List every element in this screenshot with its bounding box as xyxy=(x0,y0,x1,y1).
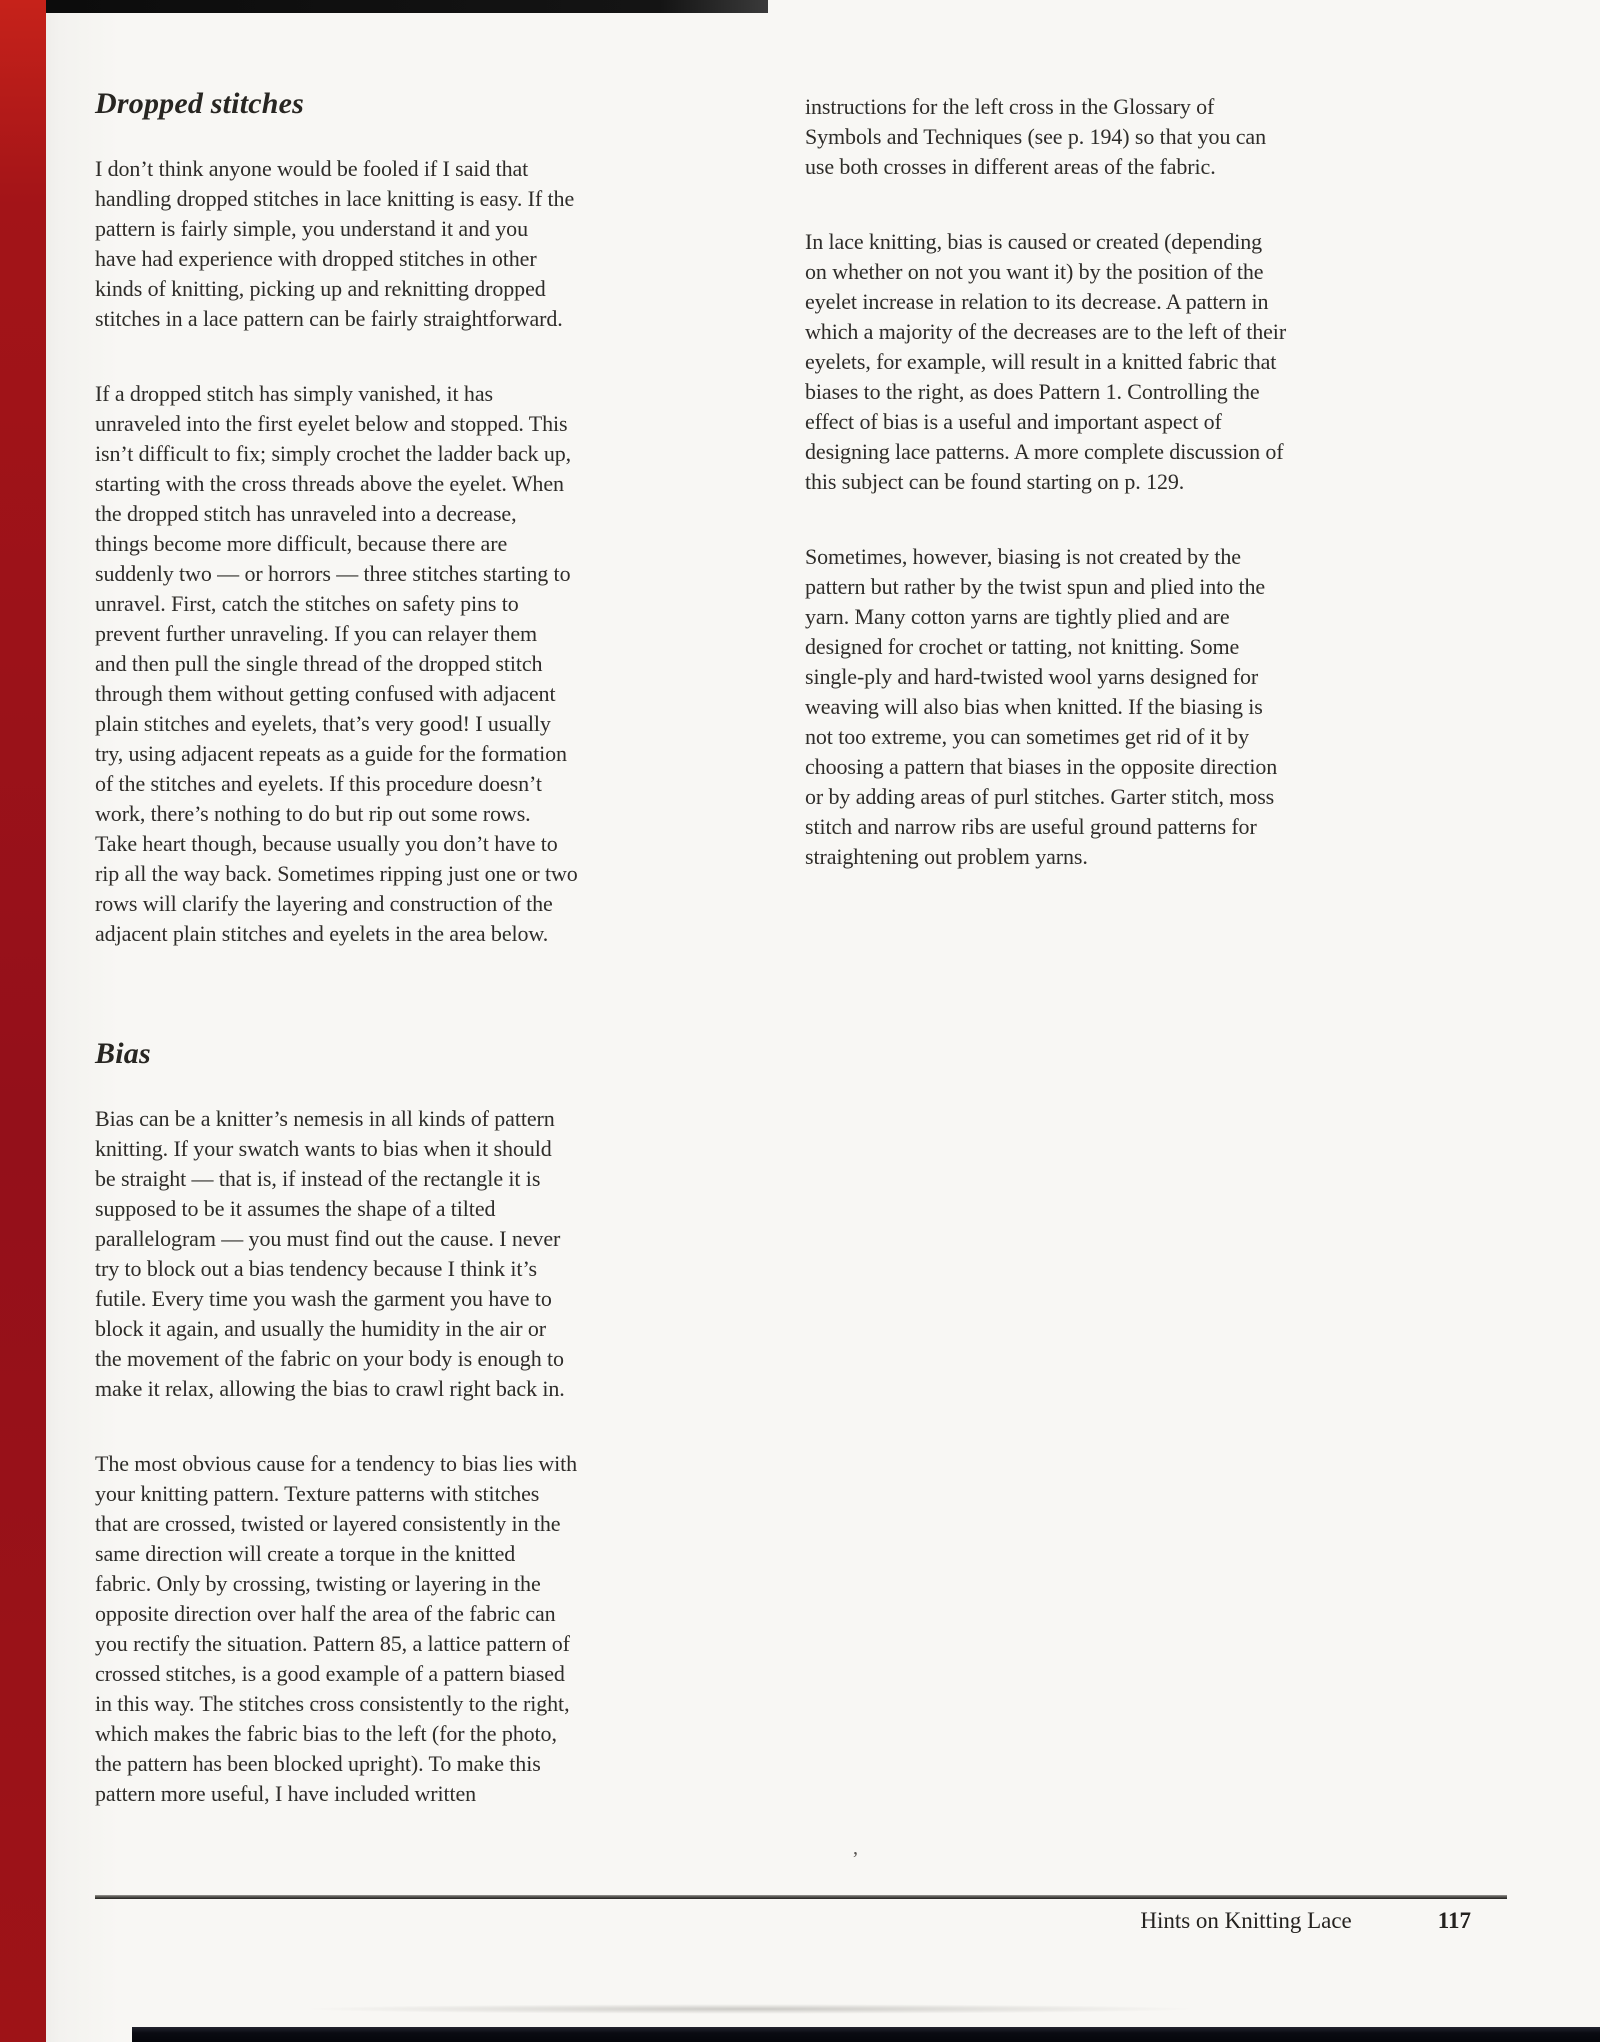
book-page: Dropped stitches I don’t think anyone wo… xyxy=(0,0,1600,2042)
bottom-edge-bar xyxy=(132,2027,1600,2042)
spine-red-stripe xyxy=(0,0,46,2042)
section-heading-dropped-stitches: Dropped stitches xyxy=(95,84,695,124)
right-column: instructions for the left cross in the G… xyxy=(805,92,1405,872)
paragraph-bias-2: The most obvious cause for a tendency to… xyxy=(95,1449,695,1809)
running-footer-title: Hints on Knitting Lace xyxy=(1140,1907,1351,1935)
section-heading-bias: Bias xyxy=(95,1034,695,1074)
paragraph-dropped-2: If a dropped stitch has simply vanished,… xyxy=(95,379,695,949)
left-column: Dropped stitches I don’t think anyone wo… xyxy=(95,84,695,1809)
paragraph-bias-1: Bias can be a knitter’s nemesis in all k… xyxy=(95,1104,695,1404)
paragraph-right-3: Sometimes, however, biasing is not creat… xyxy=(805,542,1405,872)
scan-artifact-mark: ’ xyxy=(852,1848,859,1871)
page-footer: Hints on Knitting Lace 117 xyxy=(95,1895,1507,1935)
page-number: 117 xyxy=(1438,1907,1471,1935)
paragraph-right-1: instructions for the left cross in the G… xyxy=(805,92,1405,182)
top-edge-bar xyxy=(46,0,768,13)
footer-rule xyxy=(95,1895,1507,1899)
page-curl-shadow xyxy=(300,2004,1200,2014)
paragraph-dropped-1: I don’t think anyone would be fooled if … xyxy=(95,154,695,334)
paragraph-right-2: In lace knitting, bias is caused or crea… xyxy=(805,227,1405,497)
